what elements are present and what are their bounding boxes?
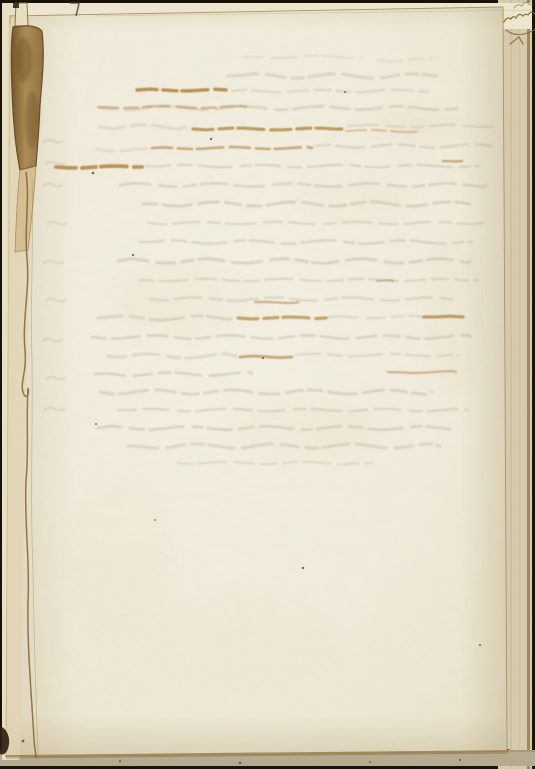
speck xyxy=(92,172,95,175)
speck xyxy=(302,567,304,569)
manuscript-scan xyxy=(0,0,535,769)
mount-edge-line xyxy=(527,0,530,769)
speck xyxy=(22,740,25,743)
mount-fleck xyxy=(119,760,121,762)
speck xyxy=(154,519,156,521)
speck xyxy=(132,254,134,256)
ink-smear xyxy=(240,356,292,358)
speck xyxy=(262,357,264,359)
tape-blotch xyxy=(25,92,39,148)
scan-canvas xyxy=(0,0,535,769)
speck xyxy=(479,644,481,646)
speck xyxy=(210,138,212,140)
ink-smear xyxy=(255,302,298,303)
mount-fleck xyxy=(459,759,461,761)
page-grain xyxy=(6,5,507,757)
tape-tab-dark-spot xyxy=(13,2,19,8)
mount-fleck xyxy=(369,761,371,763)
mount-fleck xyxy=(239,762,241,764)
speck xyxy=(95,423,97,425)
ink-smear xyxy=(377,280,393,281)
ink-smear xyxy=(424,316,463,317)
speck xyxy=(344,91,346,93)
tape-blotch xyxy=(16,38,32,82)
manuscript-page xyxy=(6,5,507,757)
